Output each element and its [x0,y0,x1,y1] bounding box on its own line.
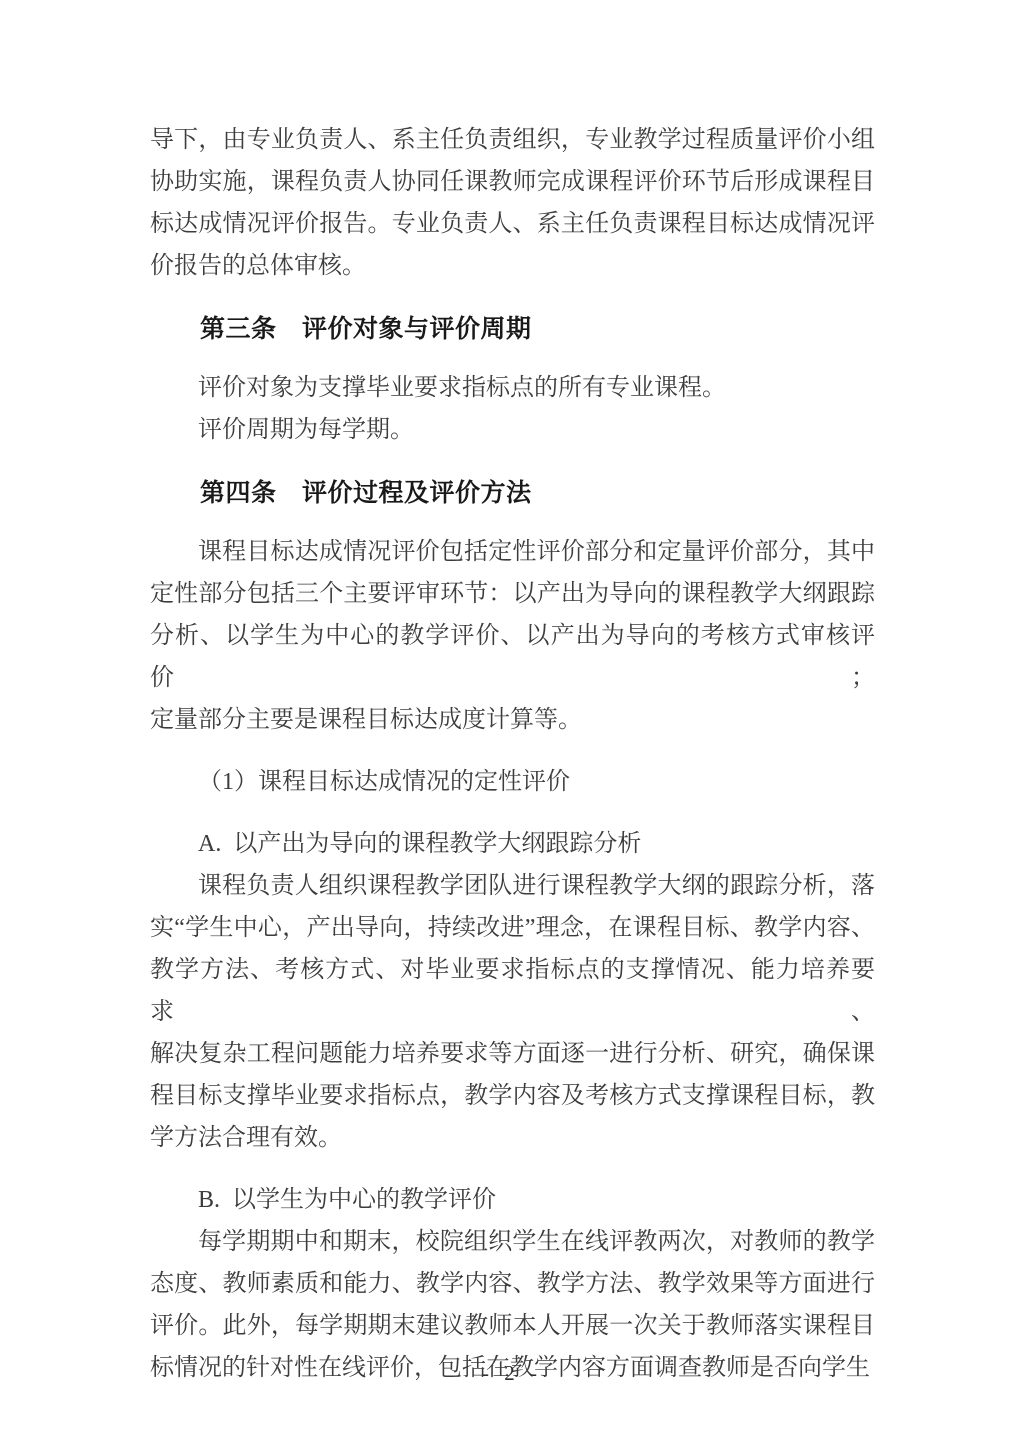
text-line: 协助实施，课程负责人协同任课教师完成课程评价环节后形成课程目 [150,161,875,203]
text-line: 态度、教师素质和能力、教学内容、教学方法、教学效果等方面进行 [150,1263,875,1305]
text-line: 导下，由专业负责人、系主任负责组织，专业教学过程质量评价小组 [150,119,875,161]
text-line: 每学期期中和期末，校院组织学生在线评教两次，对教师的教学 [150,1221,875,1263]
item-a-paragraph: 课程负责人组织课程教学团队进行课程教学大纲的跟踪分析，落实“学生中心，产出导向，… [150,865,875,1159]
item-a-heading: A. 以产出为导向的课程教学大纲跟踪分析 [150,823,875,865]
text-line: 解决复杂工程问题能力培养要求等方面逐一进行分析、研究，确保课 [150,1033,875,1075]
text-line: 教学方法、考核方式、对毕业要求指标点的支撑情况、能力培养要求、 [150,949,875,1033]
text-line: 分析、以学生为中心的教学评价、以产出为导向的考核方式审核评价； [150,615,875,699]
item-b-heading: B. 以学生为中心的教学评价 [150,1179,875,1221]
intro-paragraph: 导下，由专业负责人、系主任负责组织，专业教学过程质量评价小组协助实施，课程负责人… [150,119,875,287]
article-3-heading: 第三条 评价对象与评价周期 [150,309,875,351]
document-page: 导下，由专业负责人、系主任负责组织，专业教学过程质量评价小组协助实施，课程负责人… [0,0,1024,1448]
text-line: 价报告的总体审核。 [150,245,875,287]
text-line: 定量部分主要是课程目标达成度计算等。 [150,699,875,741]
text-line: 课程负责人组织课程教学团队进行课程教学大纲的跟踪分析，落 [150,865,875,907]
article-4-heading: 第四条 评价过程及评价方法 [150,473,875,515]
text-line: 定性部分包括三个主要评审环节：以产出为导向的课程教学大纲跟踪 [150,573,875,615]
text-line: 课程目标达成情况评价包括定性评价部分和定量评价部分，其中 [150,531,875,573]
article-4-overview-paragraph: 课程目标达成情况评价包括定性评价部分和定量评价部分，其中定性部分包括三个主要评审… [150,531,875,741]
item-1-heading: （1）课程目标达成情况的定性评价 [150,761,875,803]
page-number: - 2 - [0,1361,1024,1386]
text-line: 评价。此外，每学期期末建议教师本人开展一次关于教师落实课程目 [150,1305,875,1347]
article-3-para-1: 评价对象为支撑毕业要求指标点的所有专业课程。 [150,367,875,409]
text-line: 学方法合理有效。 [150,1117,875,1159]
article-3-para-2: 评价周期为每学期。 [150,409,875,451]
text-line: 实“学生中心，产出导向，持续改进”理念，在课程目标、教学内容、 [150,907,875,949]
text-line: 标达成情况评价报告。专业负责人、系主任负责课程目标达成情况评 [150,203,875,245]
text-line: 程目标支撑毕业要求指标点，教学内容及考核方式支撑课程目标，教 [150,1075,875,1117]
